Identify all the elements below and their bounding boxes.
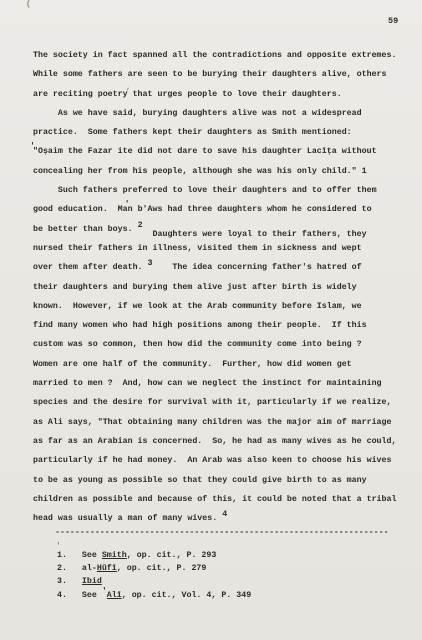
text-segment: 2. al- <box>57 564 97 573</box>
text-segment: Daughters were loyal to their fathers, t… <box>143 230 367 239</box>
text-segment: 3 <box>148 259 153 268</box>
text-line: married to men ? And, how can we neglect… <box>33 374 411 393</box>
text-segment: 3. <box>57 577 82 586</box>
text-segment: Ibid <box>82 577 102 586</box>
text-segment: as Ali says, "That obtaining many childr… <box>33 418 391 427</box>
text-segment: head was usually a man of many wives. <box>33 514 222 523</box>
text-line: While some fathers are seen to be buryin… <box>33 65 411 84</box>
text-line: children as possible and because of this… <box>33 490 411 509</box>
text-line: as Ali says, "That obtaining many childr… <box>33 413 411 432</box>
text-segment: nursed their fathers in illness, visited… <box>33 244 362 253</box>
text-line: be better than boys. 2 Daughters were lo… <box>33 220 411 239</box>
text-line: '"Oṣaim the Fazar ite did not dare to sa… <box>33 142 411 161</box>
text-line: nursed their fathers in illness, visited… <box>33 239 411 258</box>
text-line: custom was so common, then how did the c… <box>33 335 411 354</box>
text-line: their daughters and burying them alive j… <box>33 278 411 297</box>
text-line: Women are one half of the community. Fur… <box>33 355 411 374</box>
text-segment: , op. cit., Vol. 4, P. 349 <box>122 591 251 600</box>
scan-noise-mark: ' <box>56 542 61 551</box>
text-segment: practice. Some fathers kept their daught… <box>33 128 352 137</box>
page-number: 59 <box>388 16 398 26</box>
text-segment: Smith <box>102 551 127 560</box>
text-segment: over them after death. <box>33 263 148 272</box>
text-line: concealing her from his people, although… <box>33 162 411 181</box>
text-line: to be as young as possible so that they … <box>33 471 411 490</box>
text-segment: The idea concerning father's hatred of <box>153 263 362 272</box>
text-line: known. However, if we look at the Arab c… <box>33 297 411 316</box>
footnote-line: 3. Ibid <box>57 575 251 588</box>
text-segment: their daughters and burying them alive j… <box>33 283 357 292</box>
text-segment: are reciting poetry that urges people to… <box>33 90 342 99</box>
text-segment: species and the desire for survival with… <box>33 398 391 407</box>
text-segment: "Oṣaim the Fazar ite did not dare to sav… <box>33 147 377 156</box>
text-line: good education. Ma'n b'Aws had three dau… <box>33 200 411 219</box>
text-line: Such fathers preferred to love their dau… <box>33 181 411 200</box>
text-segment: The society in fact spanned all the cont… <box>33 51 396 60</box>
text-segment: 1. See <box>57 551 102 560</box>
text-segment: married to men ? And, how can we neglect… <box>33 379 382 388</box>
text-line: find many women who had high positions a… <box>33 316 411 335</box>
text-segment: 2 <box>138 221 143 230</box>
text-line: particularly if he had money. An Arab wa… <box>33 451 411 470</box>
text-segment: Ḥūfī <box>97 564 117 573</box>
scan-noise-mark: ( <box>26 0 31 9</box>
text-line: are reciting poetry that urges people to… <box>33 85 411 104</box>
text-segment: Women are one half of the community. Fur… <box>33 360 352 369</box>
text-line: species and the desire for survival with… <box>33 393 411 412</box>
text-segment: Alī <box>107 591 122 600</box>
text-segment: as far as an Arabian is concerned. So, h… <box>33 437 396 446</box>
text-segment: good education. Ma <box>33 205 128 214</box>
text-line: as far as an Arabian is concerned. So, h… <box>33 432 411 451</box>
text-segment: find many women who had high positions a… <box>33 321 367 330</box>
text-segment: to be as young as possible so that they … <box>33 476 367 485</box>
text-segment: be better than boys. <box>33 225 138 234</box>
body-text: The society in fact spanned all the cont… <box>33 46 411 528</box>
text-line: head was usually a man of many wives. 4 <box>33 509 411 528</box>
text-segment: 4 <box>222 510 227 519</box>
text-line: practice. Some fathers kept their daught… <box>33 123 411 142</box>
text-segment: ' <box>102 587 107 596</box>
text-segment: particularly if he had money. An Arab wa… <box>33 456 391 465</box>
footnote-line: 2. al-Ḥūfī, op. cit., P. 279 <box>57 562 251 575</box>
text-segment: , op. cit., P. 279 <box>117 564 207 573</box>
text-segment: Such fathers preferred to love their dau… <box>33 186 377 195</box>
text-line: over them after death. 3 The idea concer… <box>33 258 411 277</box>
footnote-separator: ----------------------------------------… <box>55 527 389 539</box>
text-segment: custom was so common, then how did the c… <box>33 340 362 349</box>
footnotes: 1. See Smith, op. cit., P. 2932. al-Ḥūfī… <box>57 549 251 602</box>
footnote-line: 4. See 'Alī, op. cit., Vol. 4, P. 349 <box>57 589 251 602</box>
text-segment: known. However, if we look at the Arab c… <box>33 302 362 311</box>
text-segment: While some fathers are seen to be buryin… <box>33 70 387 79</box>
text-segment: As we have said, burying daughters alive… <box>33 109 362 118</box>
scan-noise-mark: , <box>126 83 131 92</box>
text-segment: concealing her from his people, although… <box>33 167 367 176</box>
footnote-line: 1. See Smith, op. cit., P. 293 <box>57 549 251 562</box>
text-segment: , op. cit., P. 293 <box>127 551 217 560</box>
text-line: The society in fact spanned all the cont… <box>33 46 411 65</box>
text-segment: children as possible and because of this… <box>33 495 396 504</box>
text-segment: 4. See <box>57 591 102 600</box>
text-segment: n b'Aws had three daughters whom he cons… <box>128 205 372 214</box>
scanned-page: 59 The society in fact spanned all the c… <box>0 0 422 640</box>
text-line: As we have said, burying daughters alive… <box>33 104 411 123</box>
